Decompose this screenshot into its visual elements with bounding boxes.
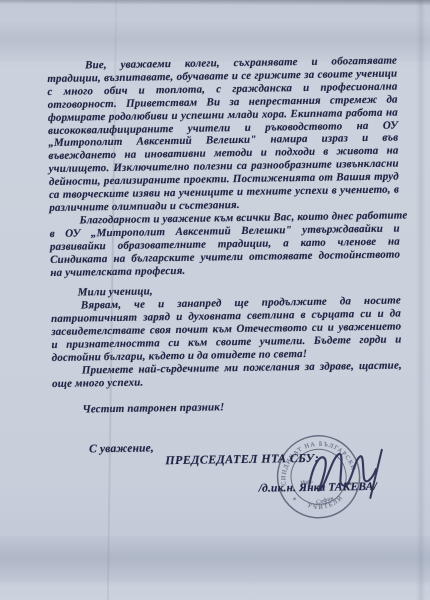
paragraph: Благодарност и уважение към всички Вас, … — [49, 209, 400, 279]
handwritten-signature-ink — [304, 447, 387, 504]
stamp-star-left-icon: ✶ — [292, 496, 298, 503]
paragraph: Приемете най-сърдечните ми пожелания за … — [52, 359, 402, 390]
letter-line: Честит патронен празник! — [52, 398, 402, 416]
paper-shading-band-lower — [0, 536, 430, 586]
letter-body: Вие, уважаеми колеги, съхранявате и обог… — [47, 55, 403, 417]
paper-right-edge-shadow — [416, 0, 425, 600]
scanned-letter-page: Вие, уважаеми колеги, съхранявате и обог… — [0, 0, 430, 600]
paragraph: Вие, уважаеми колеги, съхранявате и обог… — [47, 55, 399, 215]
paper-shading-band-upper — [0, 20, 430, 62]
scan-top-edge-shadow — [0, 0, 430, 6]
letter-content: Вие, уважаеми колеги, съхранявате и обог… — [47, 55, 404, 500]
paragraph: Вярвам, че и занапред ще продължите да н… — [51, 295, 402, 365]
paragraph: Честит патронен празник! — [52, 398, 402, 416]
